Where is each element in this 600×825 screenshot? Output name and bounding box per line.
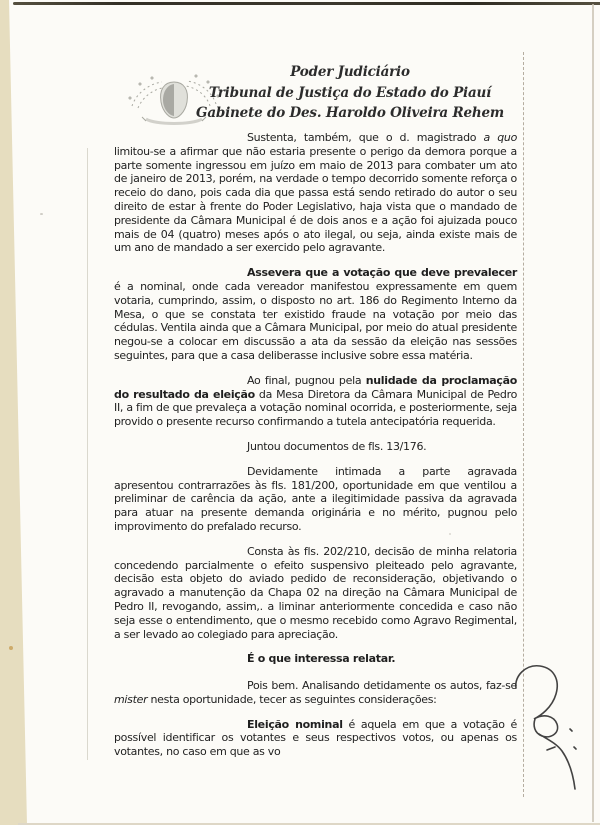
paragraph-relatar: É o que interessa relatar. bbox=[114, 652, 517, 666]
document-body: Sustenta, também, que o d. magistrado a … bbox=[114, 131, 517, 770]
paragraph-1: Sustenta, também, que o d. magistrado a … bbox=[114, 131, 517, 255]
text-run: a quo bbox=[484, 131, 518, 144]
paragraph-4: Juntou documentos de fls. 13/176. bbox=[114, 440, 517, 454]
paragraph-8: Pois bem. Analisando detidamente os auto… bbox=[114, 679, 517, 707]
paragraph-3: Ao final, pugnou pela nulidade da procla… bbox=[114, 374, 517, 429]
paragraph-5: Devidamente intimada a parte agravada ap… bbox=[114, 465, 517, 534]
handwritten-signature bbox=[490, 650, 600, 808]
letterhead-tribunal: Tribunal de Justiça do Estado do Piauí bbox=[195, 83, 505, 104]
fold-line-left bbox=[87, 148, 88, 760]
paragraph-6: Consta às fls. 202/210, decisão de minha… bbox=[114, 545, 517, 642]
text-run: Pois bem. Analisando detidamente os auto… bbox=[247, 679, 517, 692]
text-run: é a nominal, onde cada vereador manifest… bbox=[114, 280, 517, 362]
text-run: Ao final, pugnou pela bbox=[247, 374, 366, 387]
scan-speck bbox=[40, 213, 43, 215]
text-run: mister bbox=[114, 693, 147, 706]
text-run: Assevera que a votação que deve prevalec… bbox=[247, 266, 517, 279]
letterhead-court-branch: Poder Judiciário bbox=[195, 62, 505, 83]
text-run: Sustenta, também, que o d. magistrado bbox=[247, 131, 484, 144]
text-run: limitou-se a afirmar que não estaria pre… bbox=[114, 145, 517, 255]
scan-speck bbox=[9, 646, 13, 650]
text-run: Juntou documentos de fls. 13/176. bbox=[247, 440, 426, 453]
text-run: Eleição nominal bbox=[247, 718, 343, 731]
paragraph-9: Eleição nominal é aquela em que a votaçã… bbox=[114, 718, 517, 759]
scan-artifact-top-line bbox=[13, 2, 600, 5]
text-run: nesta oportunidade, tecer as seguintes c… bbox=[147, 693, 436, 706]
text-run: É o que interessa relatar. bbox=[247, 652, 395, 665]
scanner-edge-strip bbox=[0, 0, 27, 825]
letterhead: Poder Judiciário Tribunal de Justiça do … bbox=[195, 62, 505, 124]
paragraph-2: Assevera que a votação que deve prevalec… bbox=[114, 266, 517, 363]
scanned-page: { "header": { "line1": "Poder Judiciário… bbox=[0, 0, 600, 825]
letterhead-gabinete: Gabinete do Des. Haroldo Oliveira Rehem bbox=[195, 103, 505, 124]
text-run: Consta às fls. 202/210, decisão de minha… bbox=[114, 545, 517, 641]
text-run: Devidamente intimada a parte agravada ap… bbox=[114, 465, 517, 533]
